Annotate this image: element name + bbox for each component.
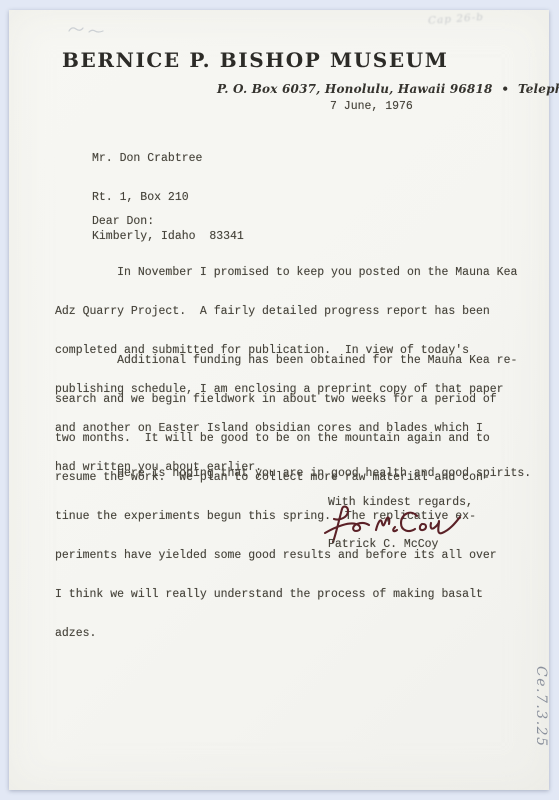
letter-date: 7 June, 1976: [330, 100, 413, 113]
letter-paper: Cap 26-b BERNICE P. BISHOP MUSEUM P. O. …: [9, 10, 549, 790]
letterhead-address-line: P. O. Box 6037, Honolulu, Hawaii 96818 •…: [217, 82, 559, 96]
scanned-letter-page: { "scan": { "background_color": "#e2e8f5…: [0, 0, 559, 800]
pencil-note-top-right: Cap 26-b: [428, 11, 485, 27]
para2-line: search and we begin fieldwork in about t…: [55, 393, 517, 406]
para1-line: In November I promised to keep you poste…: [55, 266, 517, 279]
salutation: Dear Don:: [92, 215, 154, 228]
catalog-number-vertical: Ce.7.3.25: [533, 666, 549, 747]
para2-line: adzes.: [55, 627, 517, 640]
letterhead-title: BERNICE P. BISHOP MUSEUM: [62, 48, 448, 72]
para2-line: Additional funding has been obtained for…: [55, 354, 517, 367]
typed-signature-name: Patrick C. McCoy: [328, 538, 438, 551]
para2-line: periments have yielded some good results…: [55, 549, 517, 562]
para3-line: Here is hoping that you are in good heal…: [55, 467, 531, 480]
recipient-name: Mr. Don Crabtree: [92, 152, 244, 165]
para2-line: I think we will really understand the pr…: [55, 588, 517, 601]
recipient-street: Rt. 1, Box 210: [92, 191, 244, 204]
para1-line: Adz Quarry Project. A fairly detailed pr…: [55, 305, 517, 318]
faint-pencil-scribble: [67, 22, 119, 36]
